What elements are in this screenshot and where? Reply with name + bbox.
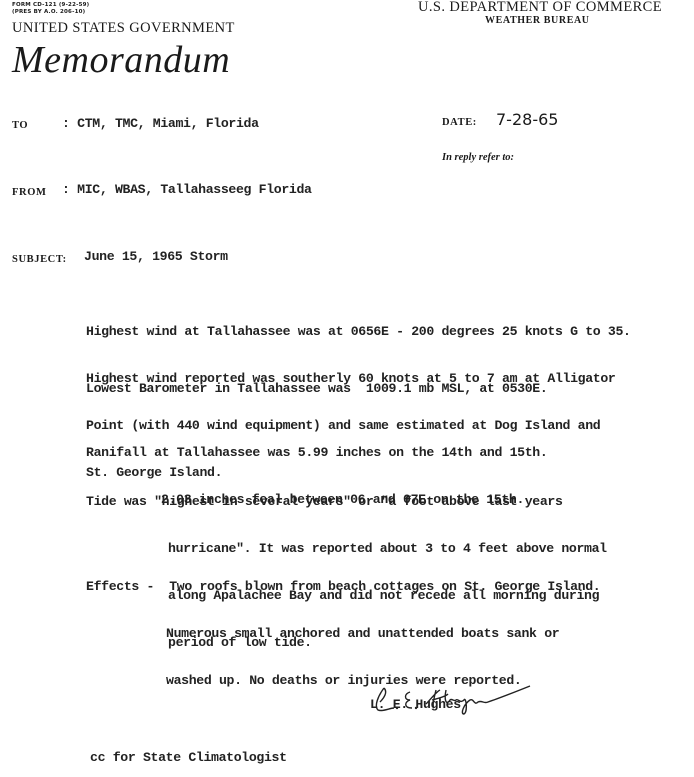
tide-line: Tide was "highest in several years" or "… xyxy=(86,493,607,510)
rainfall-line: Ranifall at Tallahassee was 5.99 inches … xyxy=(86,444,547,461)
cc-line: cc for State Climatologist xyxy=(90,750,287,765)
memo-title: Memorandum xyxy=(12,38,230,82)
subject-label: SUBJECT: xyxy=(12,254,67,265)
department-heading: U.S. DEPARTMENT OF COMMERCE xyxy=(418,0,662,16)
government-heading: UNITED STATES GOVERNMENT xyxy=(12,20,235,37)
bureau-heading: WEATHER BUREAU xyxy=(485,15,590,26)
effects-line: Effects - Two roofs blown from beach cot… xyxy=(86,578,600,595)
to-label: TO xyxy=(12,120,28,131)
reply-reference-label: In reply refer to: xyxy=(442,152,514,163)
subject-value: June 15, 1965 Storm xyxy=(84,249,228,264)
wind-line: Highest wind at Tallahassee was at 0656E… xyxy=(86,323,631,340)
date-label: DATE: xyxy=(442,117,477,128)
barometer-paragraph: Lowest Barometer in Tallahassee was 1009… xyxy=(86,381,547,396)
typed-signature: L. E. Hughes xyxy=(370,697,461,712)
effects-line: Numerous small anchored and unattended b… xyxy=(86,625,600,642)
from-label: FROM xyxy=(12,187,46,198)
form-number: FORM CD-121 (9-22-59) xyxy=(12,2,89,9)
handwritten-signature xyxy=(362,660,532,700)
date-value: 7-28-65 xyxy=(496,110,558,129)
from-value: : MIC, WBAS, Tallahasseeg Florida xyxy=(62,182,312,197)
form-prescribed-by: (PRES BY A.O. 206-10) xyxy=(12,9,85,16)
to-value: : CTM, TMC, Miami, Florida xyxy=(62,116,259,131)
